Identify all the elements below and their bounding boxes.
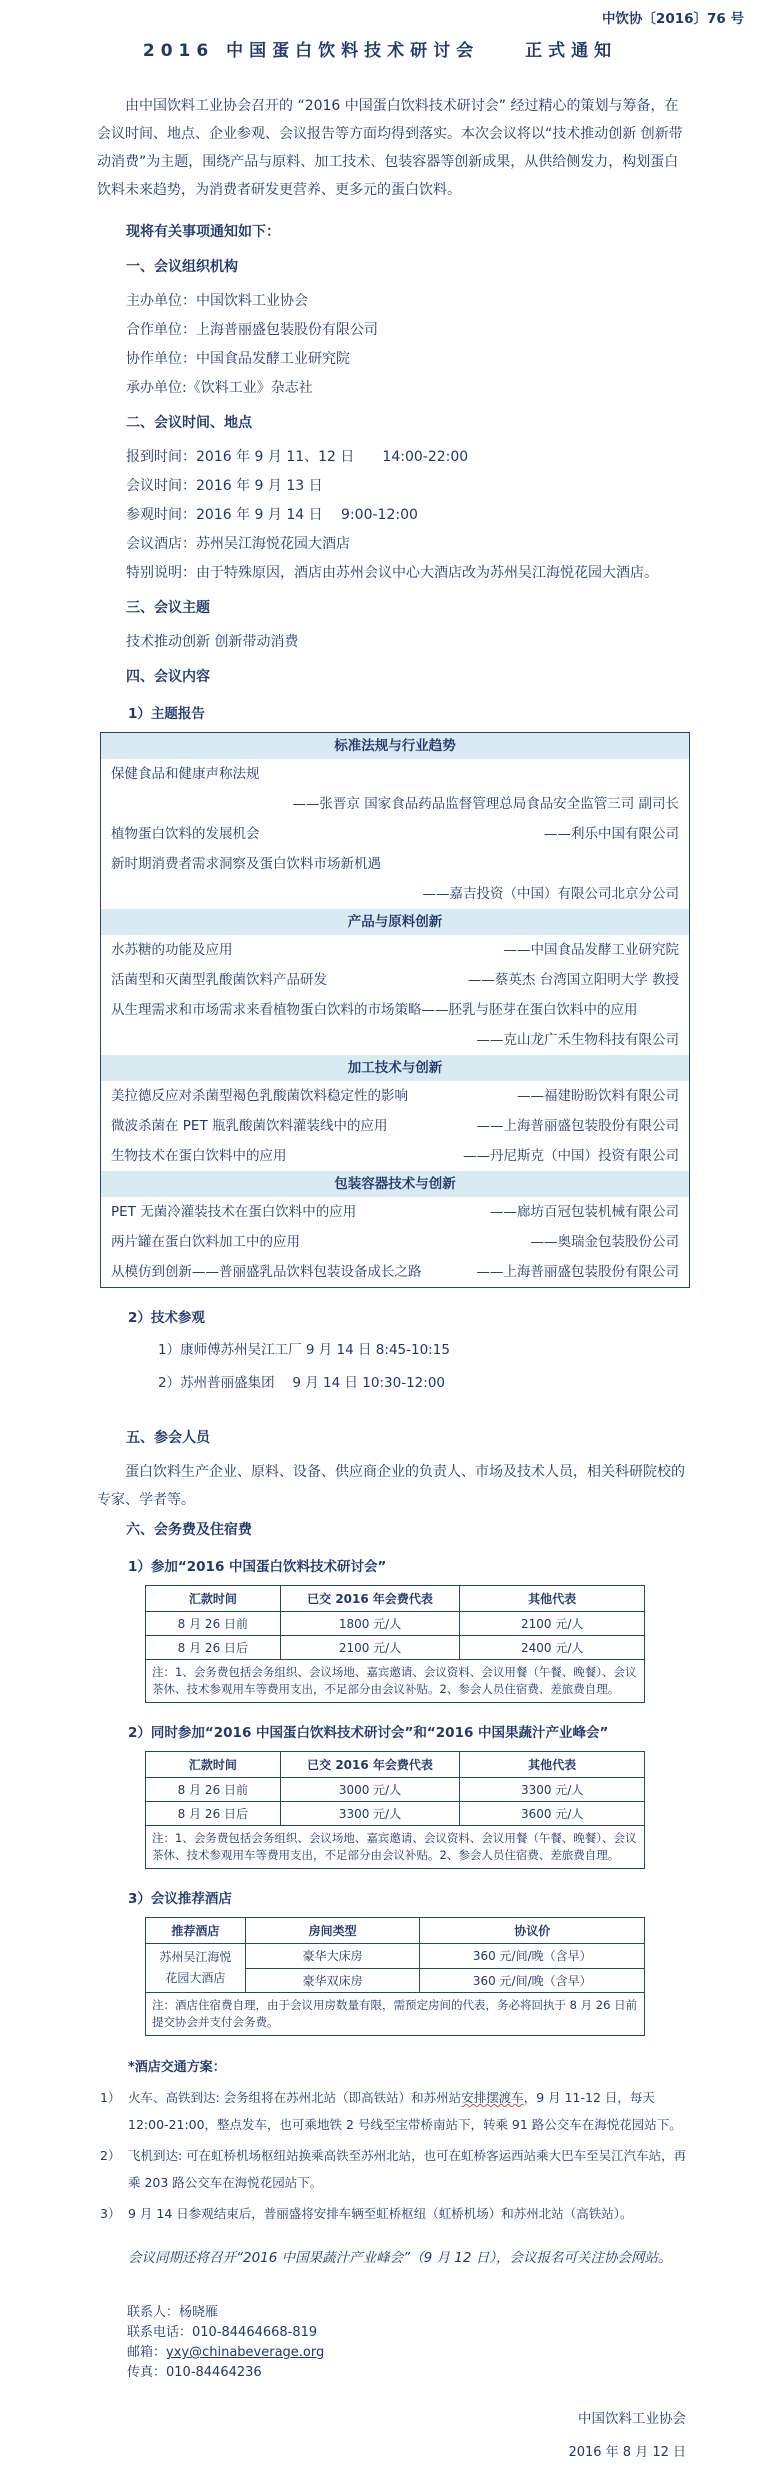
agenda-item: 生物技术在蛋白饮料中的应用 ——丹尼斯克（中国）投资有限公司 xyxy=(101,1141,689,1171)
agenda-topic: 水苏糖的功能及应用 xyxy=(111,935,233,965)
concurrent-summit-note: 会议同期还将召开“2016 中国果蔬汁产业峰会”（9 月 12 日），会议报名可… xyxy=(128,2245,690,2271)
table-header-row: 推荐酒店 房间类型 协议价 xyxy=(146,1918,645,1944)
agenda-section-band: 加工技术与创新 xyxy=(101,1055,689,1081)
agenda-item: 两片罐在蛋白饮料加工中的应用 ——奥瑞金包装股份公司 xyxy=(101,1227,689,1257)
transport-item: 2） 飞机到达: 可在虹桥机场枢纽站换乘高铁至苏州北站，也可在虹桥客运西站乘大巴… xyxy=(0,2142,690,2196)
column-header: 房间类型 xyxy=(245,1918,420,1944)
agenda-item: 植物蛋白饮料的发展机会 ——利乐中国有限公司 xyxy=(101,819,689,849)
agenda-item: PET 无菌冷灌装技术在蛋白饮料中的应用 ——廊坊百冠包装机械有限公司 xyxy=(101,1197,689,1227)
table-cell: 360 元/间/晚（含早） xyxy=(420,1944,645,1969)
section-heading-5: 五、参会人员 xyxy=(126,1424,690,1453)
section-heading-1: 一、会议组织机构 xyxy=(126,253,690,282)
table-note: 注：酒店住宿费自理，由于会议用房数量有限，需预定房间的代表，务必将回执于 8 月… xyxy=(146,1993,645,2036)
signature-org: 中国饮料工业协会 xyxy=(0,2409,686,2429)
agenda-item: 新时期消费者需求洞察及蛋白饮料市场新机遇 ——嘉吉投资（中国）有限公司北京分公司 xyxy=(101,849,689,909)
email-link[interactable]: yxy@chinabeverage.org xyxy=(166,2345,324,2360)
time-line: 参观时间：2016 年 9 月 14 日 9:00-12:00 xyxy=(126,501,690,530)
table-row: 8 月 26 日后 3300 元/人 3600 元/人 xyxy=(146,1802,645,1826)
column-header: 已交 2016 年会费代表 xyxy=(280,1586,460,1612)
fee-table-2: 汇款时间 已交 2016 年会费代表 其他代表 8 月 26 日前 3000 元… xyxy=(145,1751,645,1869)
section-heading-2: 二、会议时间、地点 xyxy=(126,409,690,438)
agenda-speaker: ——廊坊百冠包装机械有限公司 xyxy=(490,1197,679,1227)
agenda-topic: 植物蛋白饮料的发展机会 xyxy=(111,819,260,849)
org-line: 合作单位：上海普丽盛包装股份有限公司 xyxy=(126,316,690,345)
hotel-name-line: 花园大酒店 xyxy=(150,1968,241,1989)
transport-item: 1） 火车、高铁到达: 会务组将在苏州北站（即高铁站）和苏州站安排摆渡车，9 月… xyxy=(0,2084,690,2138)
hotel-name-cell: 苏州吴江海悦 花园大酒店 xyxy=(146,1944,246,1993)
contact-phone: 联系电话：010-84464668-819 xyxy=(127,2323,690,2343)
agenda-item: 保健食品和健康声称法规 ——张晋京 国家食品药品监督管理总局食品安全监管三司 副… xyxy=(101,759,689,819)
table-row: 8 月 26 日前 1800 元/人 2100 元/人 xyxy=(146,1612,645,1636)
table-cell: 8 月 26 日后 xyxy=(146,1636,281,1660)
time-line: 会议酒店：苏州吴江海悦花园大酒店 xyxy=(126,530,690,559)
contact-fax: 传真：010-84464236 xyxy=(127,2363,690,2383)
contact-email-label: 邮箱： xyxy=(127,2345,166,2360)
agenda-item: 从模仿到创新——普丽盛乳品饮料包装设备成长之路 ——上海普丽盛包装股份有限公司 xyxy=(101,1257,689,1287)
column-header: 推荐酒店 xyxy=(146,1918,246,1944)
transport-heading: *酒店交通方案： xyxy=(128,2056,690,2080)
agenda-speaker: ——克山龙广禾生物科技有限公司 xyxy=(111,1025,679,1055)
signature-date: 2016 年 8 月 12 日 xyxy=(0,2443,686,2463)
column-header: 已交 2016 年会费代表 xyxy=(280,1752,460,1778)
column-header: 汇款时间 xyxy=(146,1752,281,1778)
table-cell: 360 元/间/晚（含早） xyxy=(420,1968,645,1993)
section-heading-4: 四、会议内容 xyxy=(126,663,690,692)
table-cell: 8 月 26 日前 xyxy=(146,1778,281,1802)
table-cell: 3000 元/人 xyxy=(280,1778,460,1802)
table-note-row: 注：1、会务费包括会务组织、会议场地、嘉宾邀请、会议资料、会议用餐（午餐、晚餐）… xyxy=(146,1660,645,1703)
agenda-speaker: ——奥瑞金包装股份公司 xyxy=(531,1227,680,1257)
list-number: 1） xyxy=(100,2084,120,2111)
agenda-table: 标准法规与行业趋势 保健食品和健康声称法规 ——张晋京 国家食品药品监督管理总局… xyxy=(100,732,690,1288)
page-title: 2016 中国蛋白饮料技术研讨会 正式通知 xyxy=(0,40,760,62)
table-cell: 2100 元/人 xyxy=(280,1636,460,1660)
document-page: 中饮协〔2016〕76 号 2016 中国蛋白饮料技术研讨会 正式通知 由中国饮… xyxy=(0,0,760,2487)
agenda-item: 水苏糖的功能及应用 ——中国食品发酵工业研究院 xyxy=(101,935,689,965)
contact-email-line: 邮箱：yxy@chinabeverage.org xyxy=(127,2343,690,2363)
table-cell: 豪华双床房 xyxy=(245,1968,420,1993)
table-header-row: 汇款时间 已交 2016 年会费代表 其他代表 xyxy=(146,1752,645,1778)
agenda-topic: 从模仿到创新——普丽盛乳品饮料包装设备成长之路 xyxy=(111,1257,422,1287)
fee-table-1: 汇款时间 已交 2016 年会费代表 其他代表 8 月 26 日前 1800 元… xyxy=(145,1585,645,1703)
column-header: 汇款时间 xyxy=(146,1586,281,1612)
column-header: 其他代表 xyxy=(460,1586,645,1612)
table-row: 8 月 26 日后 2100 元/人 2400 元/人 xyxy=(146,1636,645,1660)
list-number: 3） xyxy=(100,2200,120,2227)
table-row: 8 月 26 日前 3000 元/人 3300 元/人 xyxy=(146,1778,645,1802)
agenda-item: 从生理需求和市场需求来看植物蛋白饮料的市场策略——胚乳与胚芽在蛋白饮料中的应用 … xyxy=(101,995,689,1055)
transport-text: 火车、高铁到达: 会务组将在苏州北站（即高铁站）和苏州站 xyxy=(128,2090,461,2105)
agenda-item: 微波杀菌在 PET 瓶乳酸菌饮料灌装线中的应用 ——上海普丽盛包装股份有限公司 xyxy=(101,1111,689,1141)
agenda-topic: 保健食品和健康声称法规 xyxy=(111,759,679,789)
table-cell: 2400 元/人 xyxy=(460,1636,645,1660)
table-note-row: 注：酒店住宿费自理，由于会议用房数量有限，需预定房间的代表，务必将回执于 8 月… xyxy=(146,1993,645,2036)
agenda-topic: 生物技术在蛋白饮料中的应用 xyxy=(111,1141,287,1171)
table-note: 注：1、会务费包括会务组织、会议场地、嘉宾邀请、会议资料、会议用餐（午餐、晚餐）… xyxy=(146,1826,645,1869)
column-header: 其他代表 xyxy=(460,1752,645,1778)
intro-paragraph: 由中国饮料工业协会召开的 “2016 中国蛋白饮料技术研讨会” 经过精心的策划与… xyxy=(97,92,690,204)
agenda-topic: 活菌型和灭菌型乳酸菌饮料产品研发 xyxy=(111,965,327,995)
table-cell: 8 月 26 日前 xyxy=(146,1612,281,1636)
table-cell: 3300 元/人 xyxy=(280,1802,460,1826)
agenda-section-band: 产品与原料创新 xyxy=(101,909,689,935)
time-line: 特别说明：由于特殊原因，酒店由苏州会议中心大酒店改为苏州吴江海悦花园大酒店。 xyxy=(126,559,690,588)
agenda-section-band: 标准法规与行业趋势 xyxy=(101,733,689,759)
agenda-topic: 美拉德反应对杀菌型褐色乳酸菌饮料稳定性的影响 xyxy=(111,1081,408,1111)
contact-person: 联系人：杨晓雁 xyxy=(127,2303,690,2323)
transport-text: 9 月 14 日参观结束后，普丽盛将安排车辆至虹桥枢纽（虹桥机场）和苏州北站（高… xyxy=(128,2206,633,2221)
agenda-section-band: 包装容器技术与创新 xyxy=(101,1171,689,1197)
agenda-topic: 两片罐在蛋白饮料加工中的应用 xyxy=(111,1227,300,1257)
agenda-speaker: ——中国食品发酵工业研究院 xyxy=(504,935,680,965)
fee-option1-label: 1）参加“2016 中国蛋白饮料技术研讨会” xyxy=(128,1553,690,1581)
transport-text: 飞机到达: 可在虹桥机场枢纽站换乘高铁至苏州北站，也可在虹桥客运西站乘大巴车至吴… xyxy=(128,2148,686,2190)
theme-line: 技术推动创新 创新带动消费 xyxy=(126,628,690,657)
time-line: 会议时间：2016 年 9 月 13 日 xyxy=(126,472,690,501)
table-header-row: 汇款时间 已交 2016 年会费代表 其他代表 xyxy=(146,1586,645,1612)
visit-subheading: 2）技术参观 xyxy=(128,1304,690,1332)
time-line: 报到时间：2016 年 9 月 11、12 日 14:00-22:00 xyxy=(126,443,690,472)
agenda-topic: 从生理需求和市场需求来看植物蛋白饮料的市场策略——胚乳与胚芽在蛋白饮料中的应用 xyxy=(111,995,679,1025)
hotel-name-line: 苏州吴江海悦 xyxy=(150,1947,241,1968)
agenda-speaker: ——张晋京 国家食品药品监督管理总局食品安全监管三司 副司长 xyxy=(111,789,679,819)
agenda-speaker: ——上海普丽盛包装股份有限公司 xyxy=(477,1111,680,1141)
hotel-table: 推荐酒店 房间类型 协议价 苏州吴江海悦 花园大酒店 豪华大床房 360 元/间… xyxy=(145,1917,645,2036)
org-line: 承办单位:《饮料工业》杂志社 xyxy=(126,374,690,403)
agenda-topic: 微波杀菌在 PET 瓶乳酸菌饮料灌装线中的应用 xyxy=(111,1111,388,1141)
list-number: 2） xyxy=(100,2142,120,2169)
doc-number: 中饮协〔2016〕76 号 xyxy=(0,10,760,28)
table-cell: 3300 元/人 xyxy=(460,1778,645,1802)
fee-option2-label: 2）同时参加“2016 中国蛋白饮料技术研讨会”和“2016 中国果蔬汁产业峰会… xyxy=(128,1719,690,1747)
table-row: 苏州吴江海悦 花园大酒店 豪华大床房 360 元/间/晚（含早） xyxy=(146,1944,645,1969)
agenda-speaker: ——丹尼斯克（中国）投资有限公司 xyxy=(463,1141,679,1171)
transport-text-spellcheck: 安排摆渡车 xyxy=(461,2090,524,2105)
fee-option3-label: 3）会议推荐酒店 xyxy=(128,1885,690,1913)
table-note: 注：1、会务费包括会务组织、会议场地、嘉宾邀请、会议资料、会议用餐（午餐、晚餐）… xyxy=(146,1660,645,1703)
table-cell: 2100 元/人 xyxy=(460,1612,645,1636)
org-line: 主办单位：中国饮料工业协会 xyxy=(126,287,690,316)
visit-item: 1）康师傅苏州吴江工厂 9 月 14 日 8:45-10:15 xyxy=(158,1336,690,1365)
table-cell: 1800 元/人 xyxy=(280,1612,460,1636)
report-subheading: 1）主题报告 xyxy=(128,700,690,728)
agenda-speaker: ——福建盼盼饮料有限公司 xyxy=(517,1081,679,1111)
table-cell: 豪华大床房 xyxy=(245,1944,420,1969)
transport-item: 3） 9 月 14 日参观结束后，普丽盛将安排车辆至虹桥枢纽（虹桥机场）和苏州北… xyxy=(0,2200,690,2227)
agenda-speaker: ——利乐中国有限公司 xyxy=(544,819,679,849)
agenda-topic: 新时期消费者需求洞察及蛋白饮料市场新机遇 xyxy=(111,849,679,879)
agenda-speaker: ——上海普丽盛包装股份有限公司 xyxy=(477,1257,680,1287)
org-line: 协作单位：中国食品发酵工业研究院 xyxy=(126,345,690,374)
visit-item: 2）苏州普丽盛集团 9 月 14 日 10:30-12:00 xyxy=(158,1369,690,1398)
table-cell: 8 月 26 日后 xyxy=(146,1802,281,1826)
section-heading-3: 三、会议主题 xyxy=(126,594,690,623)
agenda-speaker: ——蔡英杰 台湾国立阳明大学 教授 xyxy=(468,965,679,995)
agenda-item: 活菌型和灭菌型乳酸菌饮料产品研发 ——蔡英杰 台湾国立阳明大学 教授 xyxy=(101,965,689,995)
contact-block: 联系人：杨晓雁 联系电话：010-84464668-819 邮箱：yxy@chi… xyxy=(127,2303,690,2383)
column-header: 协议价 xyxy=(420,1918,645,1944)
table-note-row: 注：1、会务费包括会务组织、会议场地、嘉宾邀请、会议资料、会议用餐（午餐、晚餐）… xyxy=(146,1826,645,1869)
attendees-paragraph: 蛋白饮料生产企业、原料、设备、供应商企业的负责人、市场及技术人员，相关科研院校的… xyxy=(97,1458,690,1514)
table-cell: 3600 元/人 xyxy=(460,1802,645,1826)
agenda-topic: PET 无菌冷灌装技术在蛋白饮料中的应用 xyxy=(111,1197,356,1227)
section-heading-6: 六、会务费及住宿费 xyxy=(126,1516,690,1545)
agenda-item: 美拉德反应对杀菌型褐色乳酸菌饮料稳定性的影响 ——福建盼盼饮料有限公司 xyxy=(101,1081,689,1111)
notice-line: 现将有关事项通知如下： xyxy=(126,218,690,247)
agenda-speaker: ——嘉吉投资（中国）有限公司北京分公司 xyxy=(111,879,679,909)
